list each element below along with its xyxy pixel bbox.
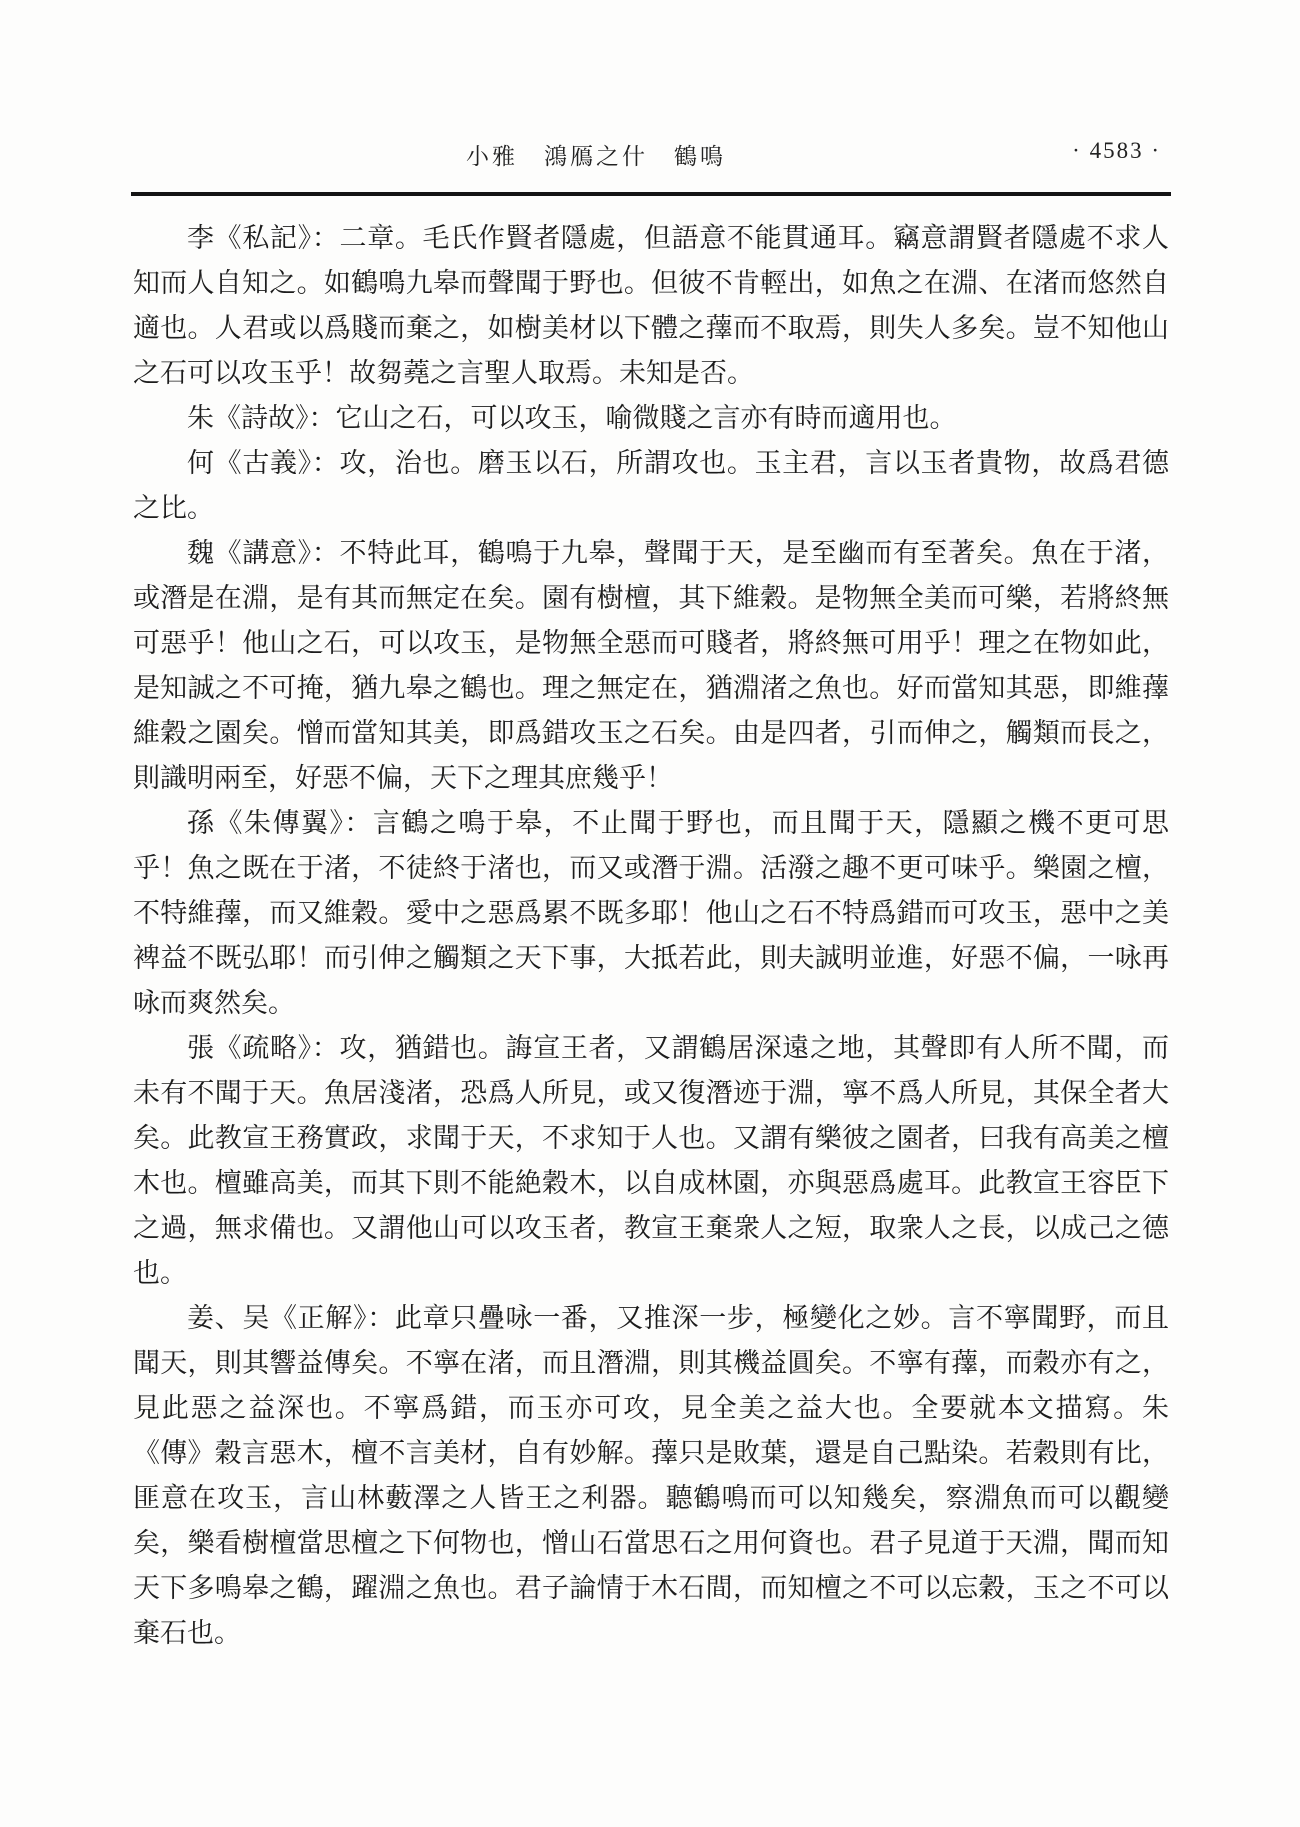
paragraph: 姜、吴《正解》：此章只疊咏一番，又推深一步，極變化之妙。言不寧聞野，而且聞天，則… xyxy=(133,1296,1169,1656)
paragraph: 何《古義》：攻，治也。磨玉以石，所謂攻也。玉主君，言以玉者貴物，故爲君德之比。 xyxy=(133,441,1169,531)
page-number: · 4583 · xyxy=(1072,138,1161,164)
header-divider-rule xyxy=(131,192,1171,196)
paragraph: 魏《講意》：不特此耳，鶴鳴于九皋，聲聞于天，是至幽而有至著矣。魚在于渚，或潛是在… xyxy=(133,531,1169,801)
paragraph: 李《私記》：二章。毛氏作賢者隱處，但語意不能貫通耳。竊意謂賢者隱處不求人知而人自… xyxy=(133,216,1169,396)
section-title: 小雅 鴻鴈之什 鶴鳴 xyxy=(133,138,1059,171)
running-header: 小雅 鴻鴈之什 鶴鳴 · 4583 · xyxy=(133,134,1169,178)
commentary-text-block: 李《私記》：二章。毛氏作賢者隱處，但語意不能貫通耳。竊意謂賢者隱處不求人知而人自… xyxy=(133,216,1169,1656)
paragraph: 朱《詩故》：它山之石，可以攻玉，喻微賤之言亦有時而適用也。 xyxy=(133,396,1169,441)
paragraph: 張《疏略》：攻，猶錯也。誨宣王者，又謂鶴居深遠之地，其聲即有人所不聞，而未有不聞… xyxy=(133,1026,1169,1296)
book-page: 小雅 鴻鴈之什 鶴鳴 · 4583 · 李《私記》：二章。毛氏作賢者隱處，但語意… xyxy=(0,0,1300,1827)
paragraph: 孫《朱傳翼》：言鶴之鳴于皋，不止聞于野也，而且聞于天，隱顯之機不更可思乎！魚之既… xyxy=(133,801,1169,1026)
